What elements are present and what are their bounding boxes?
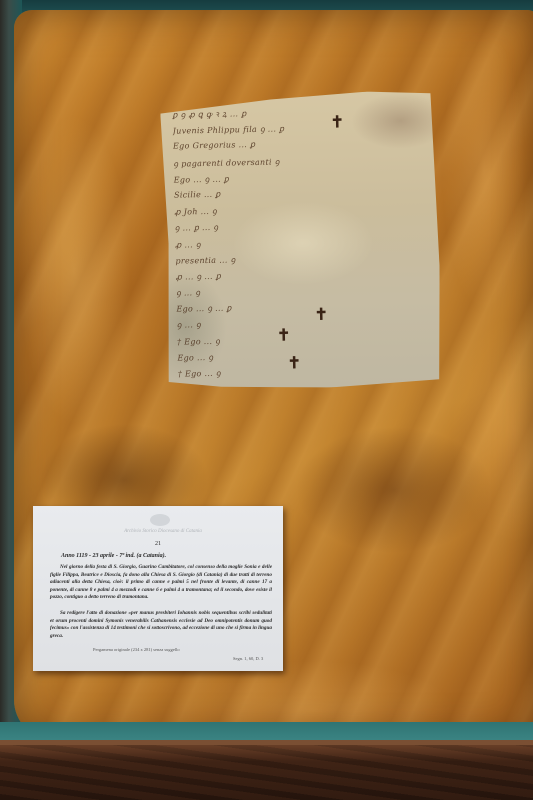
display-photo: ꝑ ꝯ ꝓ ꝗ ꝙ ꝛ ꝝ ... ꝑ Juvenis Phlippu fila…: [0, 0, 533, 800]
cross-signature-icon: ✝: [287, 353, 301, 373]
card-date-line: Anno 1119 - 23 aprile - 7ª ind. (a Catan…: [61, 553, 166, 559]
cross-signature-icon: ✝: [314, 304, 328, 324]
card-paragraph-1: Nel giorno della festa di S. Giorgio, Gu…: [50, 564, 272, 602]
manuscript-text: ꝑ ꝯ ꝓ ꝗ ꝙ ꝛ ꝝ ... ꝑ Juvenis Phlippu fila…: [172, 104, 432, 391]
wooden-base: [0, 745, 533, 800]
card-paragraph-2: Sa redigere l'atto di donazione «per man…: [50, 610, 272, 640]
parchment-document: ꝑ ꝯ ꝓ ꝗ ꝙ ꝛ ꝝ ... ꝑ Juvenis Phlippu fila…: [160, 90, 442, 391]
card-shelfmark: Segn. 1, 60, D. 3: [233, 656, 263, 661]
caption-card: Archivio Storico Diocesano di Catania 21…: [33, 506, 283, 671]
card-number: 21: [33, 541, 283, 547]
archive-emblem-icon: [150, 514, 170, 526]
box-teal-edge: [0, 722, 533, 742]
cross-signature-icon: ✝: [330, 112, 344, 132]
cross-signature-icon: ✝: [277, 325, 291, 345]
card-header: Archivio Storico Diocesano di Catania: [73, 529, 253, 534]
card-footnote: Pergamena originale (234 x 281) senza su…: [93, 647, 180, 652]
